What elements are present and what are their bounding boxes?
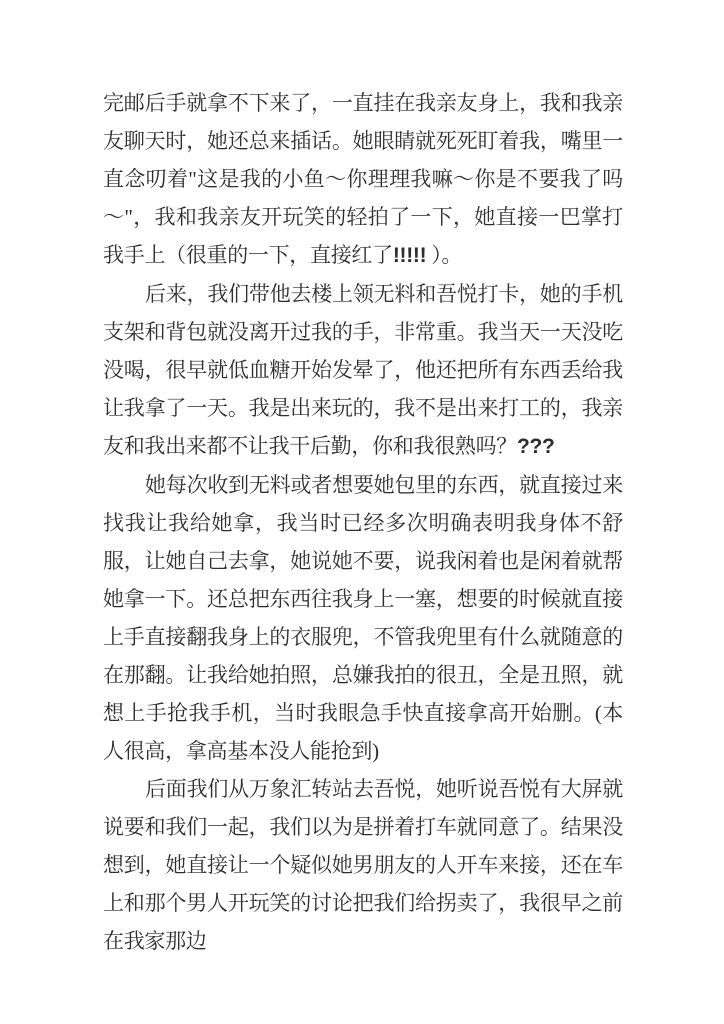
body-text: 她每次收到无料或者想要她包里的东西，就直接过来找我让我给她拿，我当时已经多次明确… [103, 473, 623, 763]
body-text: 后面我们从万象汇转站去吾悦，她听说吾悦有大屏就说要和我们一起，我们以为是拼着打车… [103, 777, 623, 953]
paragraph-2: 后来，我们带他去楼上领无料和吾悦打卡，她的手机支架和背包就没离开过我的手，非常重… [103, 275, 623, 466]
body-text: 后来，我们带他去楼上领无料和吾悦打卡，她的手机支架和背包就没离开过我的手，非常重… [103, 282, 623, 458]
emphasis-text: ??? [517, 435, 555, 458]
document-body: 完邮后手就拿不下来了，一直挂在我亲友身上，我和我亲友聊天时，她还总来插话。她眼睛… [103, 84, 623, 960]
body-text: ）。 [426, 243, 462, 267]
emphasis-text: !!!!! [393, 244, 426, 267]
paragraph-1: 完邮后手就拿不下来了，一直挂在我亲友身上，我和我亲友聊天时，她还总来插话。她眼睛… [103, 84, 623, 275]
paragraph-3: 她每次收到无料或者想要她包里的东西，就直接过来找我让我给她拿，我当时已经多次明确… [103, 466, 623, 770]
document-page: 完邮后手就拿不下来了，一直挂在我亲友身上，我和我亲友聊天时，她还总来插话。她眼睛… [0, 0, 724, 1024]
body-text: 完邮后手就拿不下来了，一直挂在我亲友身上，我和我亲友聊天时，她还总来插话。她眼睛… [103, 91, 623, 267]
paragraph-4: 后面我们从万象汇转站去吾悦，她听说吾悦有大屏就说要和我们一起，我们以为是拼着打车… [103, 770, 623, 960]
